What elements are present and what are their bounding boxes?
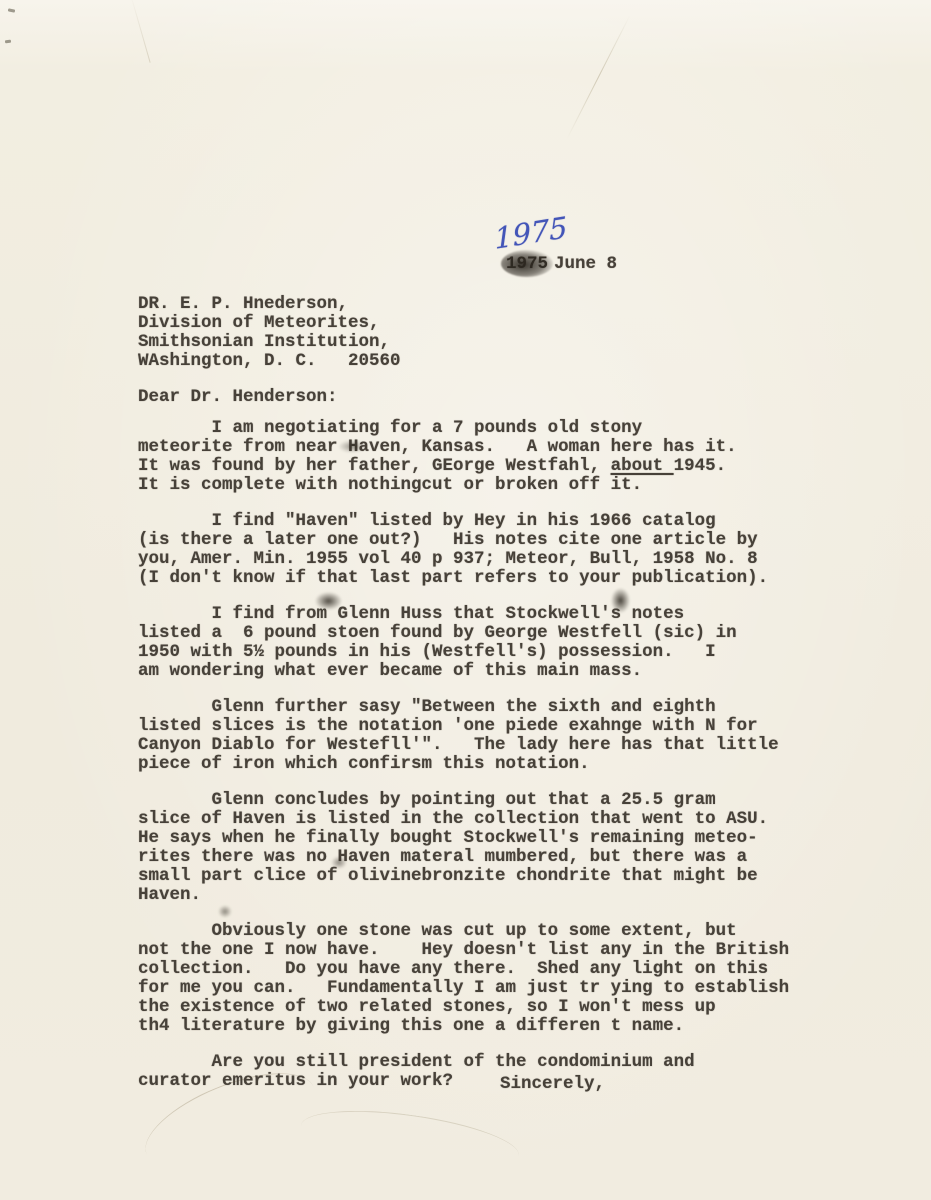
paragraph: Are you still president of the condomini… [138, 1053, 858, 1091]
typed-line: collection. Do you have any there. Shed … [138, 960, 858, 979]
typed-line: not the one I now have. Hey doesn't list… [138, 941, 858, 960]
recipient-address: DR. E. P. Hnederson, Division of Meteori… [138, 295, 401, 371]
signoff: Sincerely, [500, 1075, 605, 1094]
typed-line: curator emeritus in your work? [138, 1072, 858, 1091]
typed-line: He says when he finally bought Stockwell… [138, 829, 858, 848]
letter-body: I am negotiating for a 7 pounds old ston… [138, 419, 858, 1108]
typed-line: the existence of two related stones, so … [138, 998, 858, 1017]
salutation: Dear Dr. Henderson: [138, 388, 338, 407]
typed-line: I find from Glenn Huss that Stockwell's … [138, 605, 858, 624]
date-text: June 8 [554, 254, 617, 274]
paragraph: Obviously one stone was cut up to some e… [138, 922, 858, 1036]
paragraph: I find from Glenn Huss that Stockwell's … [138, 605, 858, 681]
scan-speck [8, 8, 15, 12]
typed-line: Glenn concludes by pointing out that a 2… [138, 791, 858, 810]
typed-line: (is there a later one out?) His notes ci… [138, 531, 858, 550]
date-line: 1975June 8 [506, 255, 617, 274]
typed-line: th4 literature by giving this one a diff… [138, 1017, 858, 1036]
typed-line: piece of iron which confirsm this notati… [138, 755, 858, 774]
paragraph: Glenn further sasy "Between the sixth an… [138, 698, 858, 774]
paper-crease [298, 1100, 523, 1181]
typed-line: (I don't know if that last part refers t… [138, 569, 858, 588]
paragraph: Glenn concludes by pointing out that a 2… [138, 791, 858, 905]
paragraph: I am negotiating for a 7 pounds old ston… [138, 419, 858, 495]
paper-crease [130, 0, 150, 63]
typed-line: Glenn further sasy "Between the sixth an… [138, 698, 858, 717]
typed-line: you, Amer. Min. 1955 vol 40 p 937; Meteo… [138, 550, 858, 569]
blotted-typed-year: 1975 [506, 254, 548, 274]
typed-line: It was found by her father, GEorge Westf… [138, 457, 858, 476]
letter-page: 1975 1975June 8 DR. E. P. Hnederson, Div… [0, 0, 931, 1200]
typed-line: for me you can. Fundamentally I am just … [138, 979, 858, 998]
typed-line: Canyon Diablo for Westefll'". The lady h… [138, 736, 858, 755]
typed-line: I am negotiating for a 7 pounds old ston… [138, 419, 858, 438]
typed-line: listed slices is the notation 'one piede… [138, 717, 858, 736]
typed-line: listed a 6 pound stoen found by George W… [138, 624, 858, 643]
scan-speck [5, 40, 11, 44]
paper-crease [567, 15, 631, 138]
typed-line: 1950 with 5½ pounds in his (Westfell's) … [138, 643, 858, 662]
typed-line: Obviously one stone was cut up to some e… [138, 922, 858, 941]
typed-line: Are you still president of the condomini… [138, 1053, 858, 1072]
paragraph: I find "Haven" listed by Hey in his 1966… [138, 512, 858, 588]
typed-line: It is complete with nothingcut or broken… [138, 476, 858, 495]
typed-line: slice of Haven is listed in the collecti… [138, 810, 858, 829]
typed-line: Haven. [138, 886, 858, 905]
typed-line: rites there was no Haven materal mumbere… [138, 848, 858, 867]
typed-line: am wondering what ever became of this ma… [138, 662, 858, 681]
typed-line: I find "Haven" listed by Hey in his 1966… [138, 512, 858, 531]
typed-line: meteorite from near Haven, Kansas. A wom… [138, 438, 858, 457]
typed-line: small part clice of olivinebronzite chon… [138, 867, 858, 886]
handwritten-year-annotation: 1975 [494, 210, 569, 256]
